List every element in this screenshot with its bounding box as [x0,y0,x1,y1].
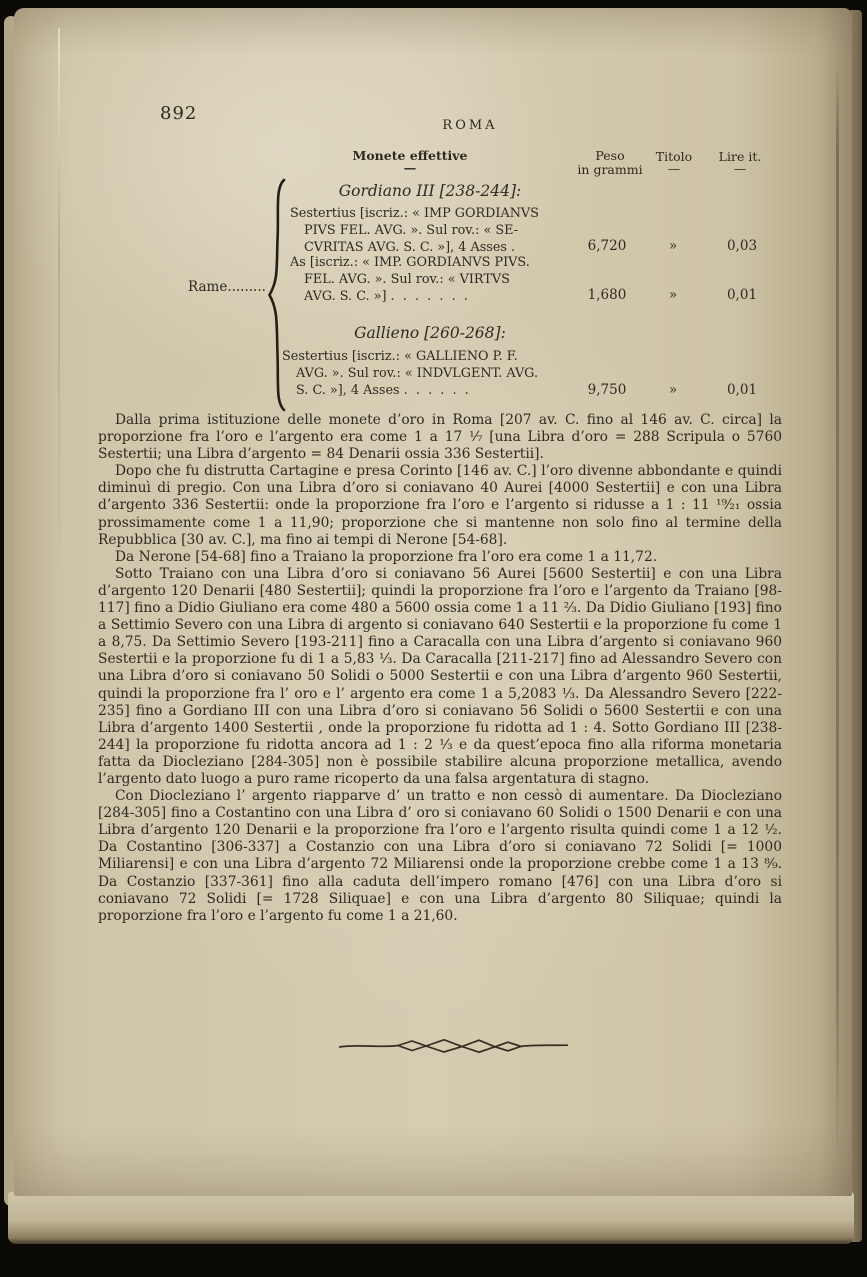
coin-entry-as-gordiano: As [iscriz.: « IMP. GORDIANVS PIVS. FEL.… [290,254,530,305]
divider-flourish-icon [336,1036,572,1056]
lire-value: 0,01 [710,382,774,398]
running-header: ROMA [410,118,530,133]
section-heading-gallieno: Gallieno [260-268]: [280,324,580,342]
column-header-dash: — [345,163,475,173]
lire-value: 0,03 [710,238,774,254]
column-header-monete: Monete effettive — [345,149,475,173]
titolo-value: » [648,287,698,303]
peso-value: 6,720 [575,238,639,254]
coin-entry-sestertius-gordiano: Sestertius [iscriz.: « IMP GORDIANVS PIV… [290,205,539,256]
coin-entry-line: S. C. »], 4 Asses . . . . . . [282,382,538,399]
body-paragraph: Da Nerone [54-68] fino a Traiano la prop… [98,549,782,566]
titolo-value: » [648,382,698,398]
book-page: 892 ROMA Monete effettive — Peso in gram… [14,8,852,1196]
page-crease-left [58,28,60,588]
peso-value: 1,680 [575,287,639,303]
torn-bottom-edge [8,1192,854,1244]
body-paragraph: Sotto Traiano con una Libra d’oro si con… [98,566,782,788]
coin-entry-line: As [iscriz.: « IMP. GORDIANVS PIVS. [290,254,530,271]
coin-entry-line: Sestertius [iscriz.: « IMP GORDIANVS [290,205,539,222]
body-paragraph: Dopo che fu distrutta Cartagine e presa … [98,463,782,548]
column-header-peso-line2: in grammi [577,162,642,177]
metal-group-label: Rame......... [188,279,266,295]
coin-entry-line: AVG. ». Sul rov.: « INDVLGENT. AVG. [282,365,538,382]
page-crease-right [836,63,839,1166]
body-paragraph: Con Diocleziano l’ argento riapparve d’ … [98,788,782,925]
lire-value: 0,01 [710,287,774,303]
coin-entry-line: FEL. AVG. ». Sul rov.: « VIRTVS [290,271,530,288]
column-header-dash: — [646,164,702,174]
column-header-peso: Peso in grammi [570,149,650,177]
coin-entry-line: Sestertius [iscriz.: « GALLIENO P. F. [282,348,538,365]
section-heading-gordiano: Gordiano III [238-244]: [280,182,580,200]
column-header-titolo: Titolo — [646,150,702,174]
body-paragraph: Dalla prima istituzione delle monete d’o… [98,412,782,463]
coin-entry-sestertius-gallieno: Sestertius [iscriz.: « GALLIENO P. F. AV… [282,348,538,399]
coin-entry-line: AVG. S. C. »] . . . . . . . [290,288,530,305]
column-header-peso-line1: Peso [595,148,624,163]
coin-entry-line: PIVS FEL. AVG. ». Sul rov.: « SE- [290,222,539,239]
book-photo: 892 ROMA Monete effettive — Peso in gram… [0,0,867,1277]
column-header-lire: Lire it. — [708,150,772,174]
peso-value: 9,750 [575,382,639,398]
column-header-dash: — [708,164,772,174]
page-number: 892 [160,103,197,124]
body-text: Dalla prima istituzione delle monete d’o… [98,412,782,925]
titolo-value: » [648,238,698,254]
